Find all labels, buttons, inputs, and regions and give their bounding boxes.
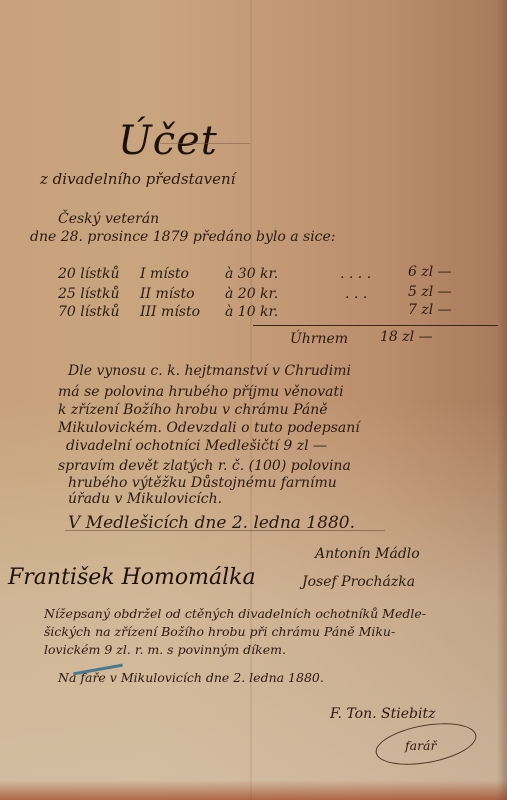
item-price: à 20 kr. [225,286,278,302]
sum-rule [253,325,498,326]
paragraph-line: k zřízení Božího hrobu v chrámu Páně [58,402,328,418]
item-price: à 10 kr. [225,304,278,320]
item-total: 5 zl — [408,284,452,300]
signature-third: Josef Procházka [302,574,415,590]
item-total: 7 zl — [408,302,452,318]
receipt-line: šických na zřízení Božího hrobu při chrá… [44,624,395,639]
intro-line-2: dne 28. prosince 1879 předáno bylo a sic… [30,229,336,245]
item-total: 6 zl — [408,264,452,280]
intro-line-1: Český veterán [58,211,159,227]
receipt-place-date: Na faře v Mikulovicích dne 2. ledna 1880… [58,670,324,685]
sum-value: 18 zl — [380,329,433,345]
title-underline [160,143,250,144]
item-price: à 30 kr. [225,266,278,282]
item-qty: 20 lístků [58,266,120,282]
item-dots: . . . [345,286,367,302]
receipt-line: lovickém 9 zl. r. m. s povinným díkem. [44,642,286,657]
receipt-line: Nížepsaný obdržel od ctěných divadelních… [44,606,426,621]
signature-main: František Homomálka [8,565,256,590]
item-dots: . . . . [340,266,371,282]
paragraph-line: má se polovina hrubého příjmu věnovati [58,384,344,400]
sum-label: Úhrnem [290,331,348,347]
item-qty: 70 lístků [58,304,120,320]
item-desc: III místo [140,304,200,320]
paper-edge-shadow [497,0,507,800]
paragraph-line: spravím devět zlatých r. č. (100) polovi… [58,458,351,474]
item-qty: 25 lístků [58,286,120,302]
paragraph-line: Dle vynosu c. k. hejtmanství v Chrudimi [68,363,351,379]
paragraph-line: úřadu v Mikulovicích. [68,491,222,507]
place-date-flourish [65,530,385,531]
pastor-signature: F. Ton. Stiebitz [330,706,435,722]
signature-second: Antonín Mádlo [315,546,420,562]
document-subtitle: z divadelního představení [40,170,235,188]
paragraph-line: divadelní ochotníci Medlešičtí 9 zl — [66,438,327,454]
document-title: Účet [118,118,218,164]
paragraph-line: hrubého výtěžku Důstojnému farnímu [68,475,337,491]
item-desc: I místo [140,266,189,282]
item-desc: II místo [140,286,195,302]
paragraph-line: Mikulovickém. Odevzdali o tuto podepsaní [58,420,360,436]
